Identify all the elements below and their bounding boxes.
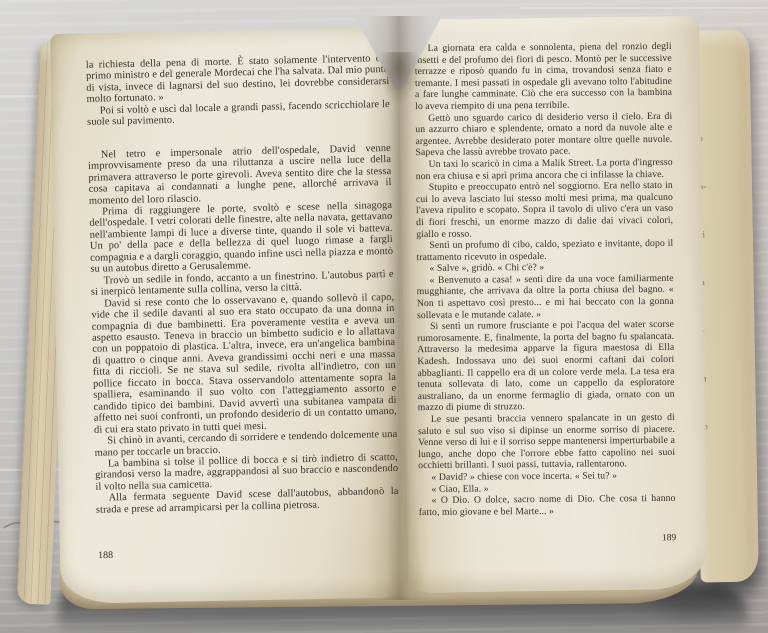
paragraph: La giornata era calda e sonnolenta, pien…: [415, 41, 673, 113]
paragraph: Stupito e preoccupato entrò nel soggiorn…: [416, 180, 673, 240]
paragraph: Sentì un profumo di cibo, caldo, speziat…: [416, 238, 673, 263]
left-page-number: 188: [98, 550, 113, 561]
photo-open-book: oa-lia-ao La giornata era calda e sonnol…: [0, 0, 768, 633]
left-page: la richiesta della pena di morte. È stat…: [50, 27, 409, 604]
right-page: La giornata era calda e sonnolenta, pien…: [397, 16, 707, 593]
left-page-text: la richiesta della pena di morte. È stat…: [86, 53, 399, 516]
paragraph: la richiesta della pena di morte. È stat…: [86, 53, 390, 106]
paragraph: « O Dio. O dolce, sacro nome di Dio. Che…: [419, 493, 676, 518]
right-page-text: La giornata era calda e sonnolenta, pien…: [415, 41, 676, 519]
paragraph: Nel tetro e impersonale atrio dell'osped…: [88, 143, 392, 207]
paragraph: « Benvenuto a casa! » sentì dire da una …: [417, 273, 674, 322]
paragraph: Gettò uno sguardo carico di desiderio ve…: [415, 110, 672, 159]
paragraph: Prima di raggiungere le porte, svoltò e …: [89, 200, 393, 276]
right-page-number: 189: [662, 533, 676, 543]
paragraph: Le sue pesanti braccia vennero spalancat…: [418, 412, 675, 472]
paragraph: David si rese conto che lo osservavano e…: [91, 292, 397, 436]
paragraph: Si sentì un rumore frusciante e poi l'ac…: [417, 319, 675, 414]
paragraph: Un taxi lo scaricò in cima a Malik Stree…: [416, 157, 673, 182]
